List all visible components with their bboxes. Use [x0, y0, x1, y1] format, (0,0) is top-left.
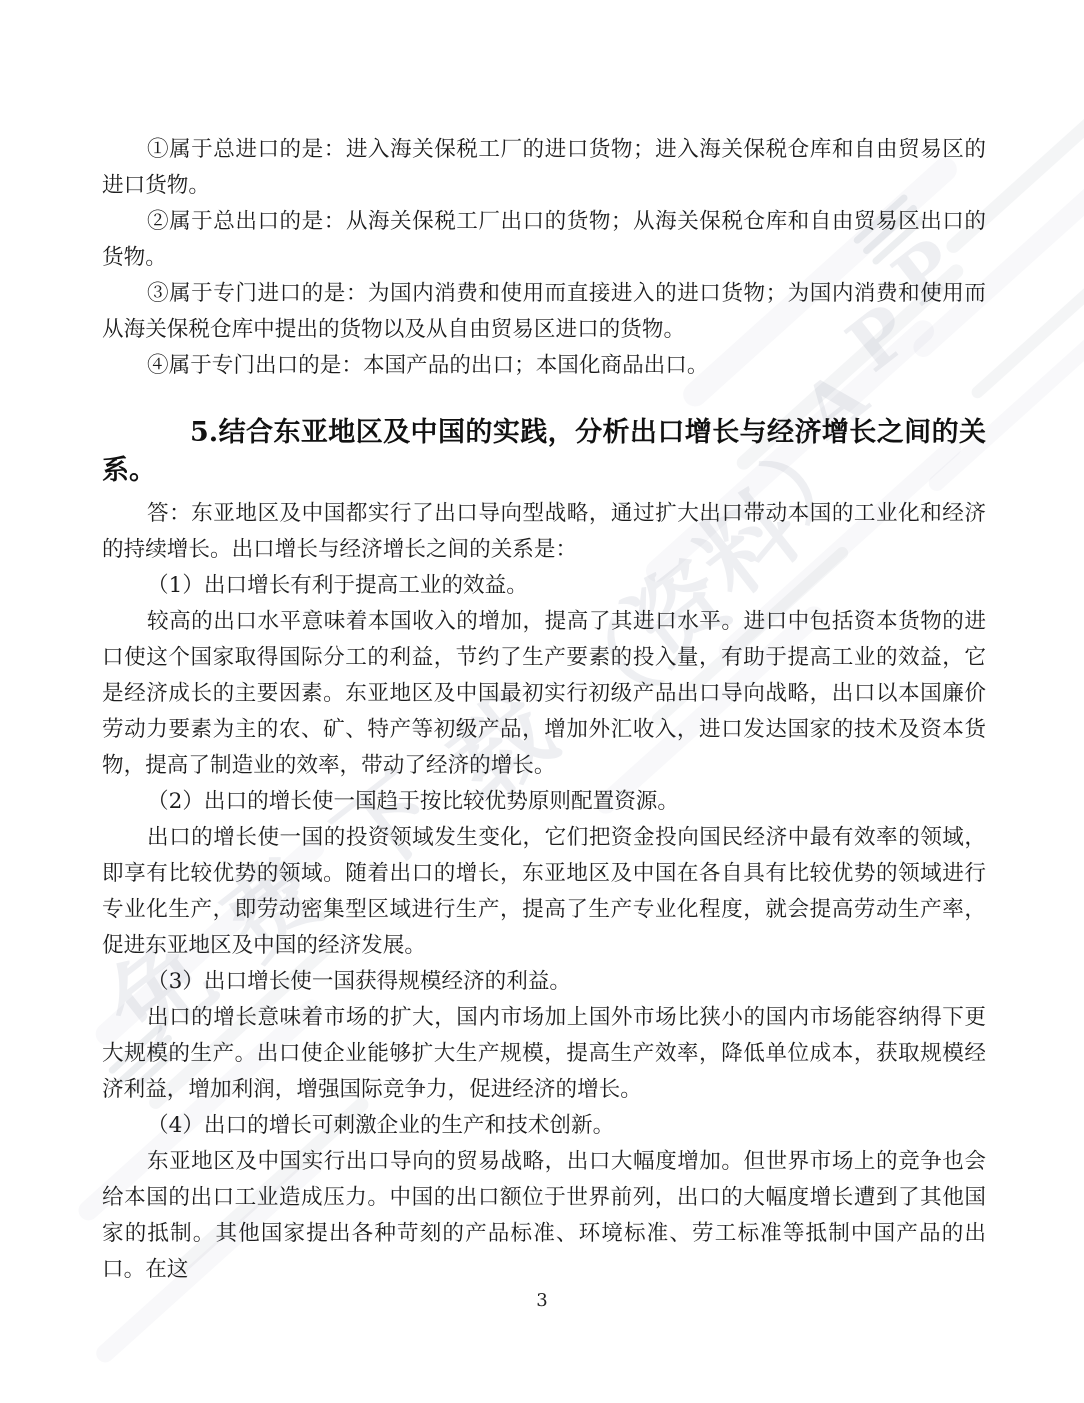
- page-footer: 3: [0, 1290, 1084, 1311]
- answer-point-2-title: （2）出口的增长使一国趋于按比较优势原则配置资源。: [102, 784, 986, 820]
- paragraph-special-export: ④属于专门出口的是：本国产品的出口；本国化商品出口。: [102, 348, 986, 384]
- answer-point-1-title: （1）出口增长有利于提高工业的效益。: [102, 568, 986, 604]
- paragraph-total-export: ②属于总出口的是：从海关保税工厂出口的货物；从海关保税仓库和自由贸易区出口的货物…: [102, 204, 986, 276]
- answer-point-4-title: （4）出口的增长可刺激企业的生产和技术创新。: [102, 1108, 986, 1144]
- question-heading: 5.结合东亚地区及中国的实践，分析出口增长与经济增长之间的关系。: [102, 414, 986, 490]
- answer-intro: 答：东亚地区及中国都实行了出口导向型战略，通过扩大出口带动本国的工业化和经济的持…: [102, 496, 986, 568]
- answer-point-1-body: 较高的出口水平意味着本国收入的增加，提高了其进口水平。进口中包括资本货物的进口使…: [102, 604, 986, 784]
- answer-point-3-title: （3）出口增长使一国获得规模经济的利益。: [102, 964, 986, 1000]
- answer-point-4-body: 东亚地区及中国实行出口导向的贸易战略，出口大幅度增加。但世界市场上的竞争也会给本…: [102, 1144, 986, 1288]
- paragraph-total-import: ①属于总进口的是：进入海关保税工厂的进口货物；进入海关保税仓库和自由贸易区的进口…: [102, 132, 986, 204]
- document-page: 免费下载（资料）APP ①属于总进口的是：进入海关保税工厂的进口货物；进入海关保…: [0, 0, 1084, 1403]
- answer-point-3-body: 出口的增长意味着市场的扩大，国内市场加上国外市场比狭小的国内市场能容纳得下更大规…: [102, 1000, 986, 1108]
- document-content: ①属于总进口的是：进入海关保税工厂的进口货物；进入海关保税仓库和自由贸易区的进口…: [102, 132, 986, 1288]
- answer-point-2-body: 出口的增长使一国的投资领域发生变化，它们把资金投向国民经济中最有效率的领域，即享…: [102, 820, 986, 964]
- paragraph-special-import: ③属于专门进口的是：为国内消费和使用而直接进入的进口货物；为国内消费和使用而从海…: [102, 276, 986, 348]
- page-number: 3: [536, 1290, 547, 1311]
- watermark-streak: [969, 271, 1084, 400]
